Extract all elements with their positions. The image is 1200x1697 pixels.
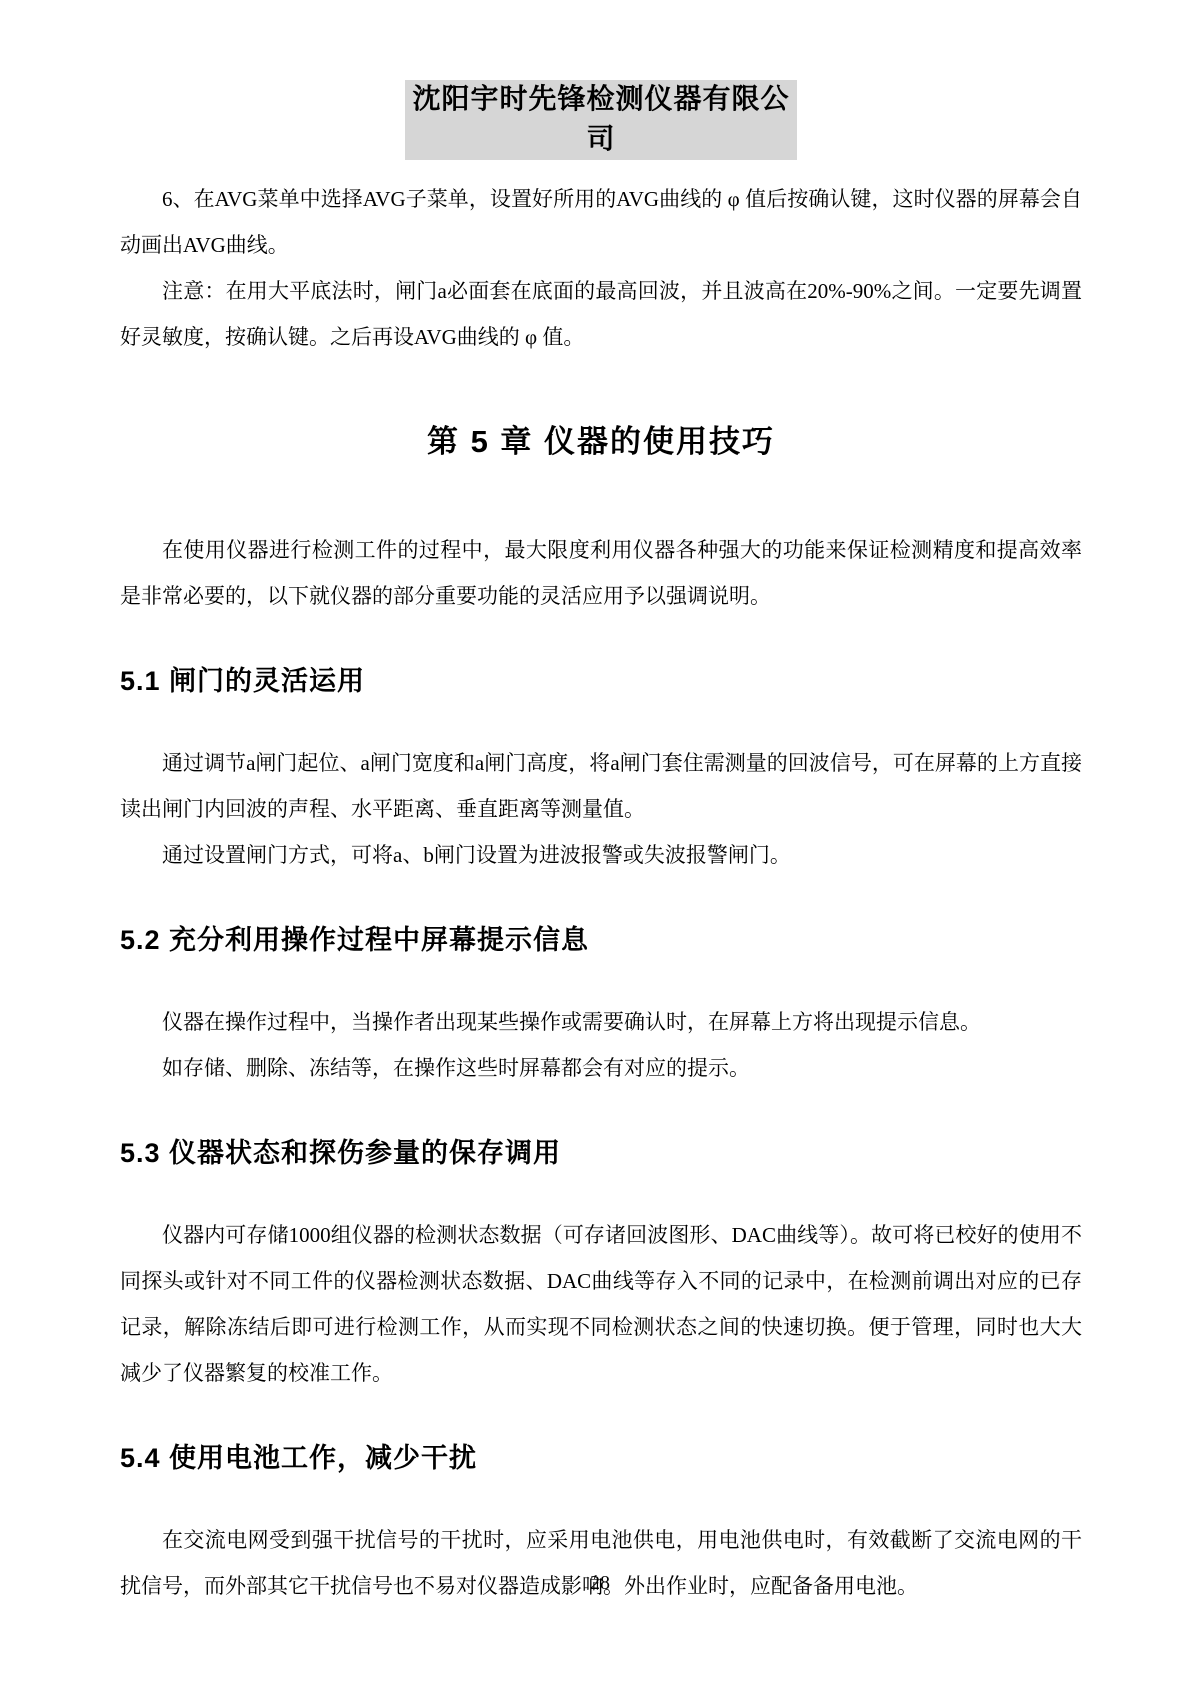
page-number: 28 [0, 1572, 1200, 1595]
document-page: 沈阳宇时先锋检测仪器有限公司 6、在AVG菜单中选择AVG子菜单，设置好所用的A… [0, 0, 1200, 1697]
section-5-2-paragraph-1: 仪器在操作过程中，当操作者出现某些操作或需要确认时，在屏幕上方将出现提示信息。 [120, 999, 1082, 1045]
section-heading-5-1: 5.1 闸门的灵活运用 [120, 659, 1082, 698]
paragraph-note: 注意：在用大平底法时，闸门a必面套在底面的最高回波，并且波高在20%-90%之间… [120, 268, 1082, 360]
section-5-1-paragraph-1: 通过调节a闸门起位、a闸门宽度和a闸门高度，将a闸门套住需测量的回波信号，可在屏… [120, 740, 1082, 832]
section-heading-5-4: 5.4 使用电池工作，减少干扰 [120, 1436, 1082, 1475]
chapter-intro-paragraph: 在使用仪器进行检测工件的过程中，最大限度利用仪器各种强大的功能来保证检测精度和提… [120, 527, 1082, 619]
section-heading-5-2: 5.2 充分利用操作过程中屏幕提示信息 [120, 918, 1082, 957]
chapter-title: 第 5 章 仪器的使用技巧 [120, 416, 1082, 461]
section-5-4-paragraph-1: 在交流电网受到强干扰信号的干扰时，应采用电池供电，用电池供电时，有效截断了交流电… [120, 1517, 1082, 1609]
section-5-1-paragraph-2: 通过设置闸门方式，可将a、b闸门设置为进波报警或失波报警闸门。 [120, 832, 1082, 878]
section-5-2-paragraph-2: 如存储、删除、冻结等，在操作这些时屏幕都会有对应的提示。 [120, 1045, 1082, 1091]
section-5-3-paragraph-1: 仪器内可存储1000组仪器的检测状态数据（可存诸回波图形、DAC曲线等）。故可将… [120, 1212, 1082, 1396]
company-header-highlight: 沈阳宇时先锋检测仪器有限公司 [405, 80, 797, 160]
company-name: 沈阳宇时先锋检测仪器有限公司 [412, 84, 789, 155]
paragraph-avg-step6: 6、在AVG菜单中选择AVG子菜单，设置好所用的AVG曲线的 φ 值后按确认键，… [120, 176, 1082, 268]
section-heading-5-3: 5.3 仪器状态和探伤参量的保存调用 [120, 1131, 1082, 1170]
